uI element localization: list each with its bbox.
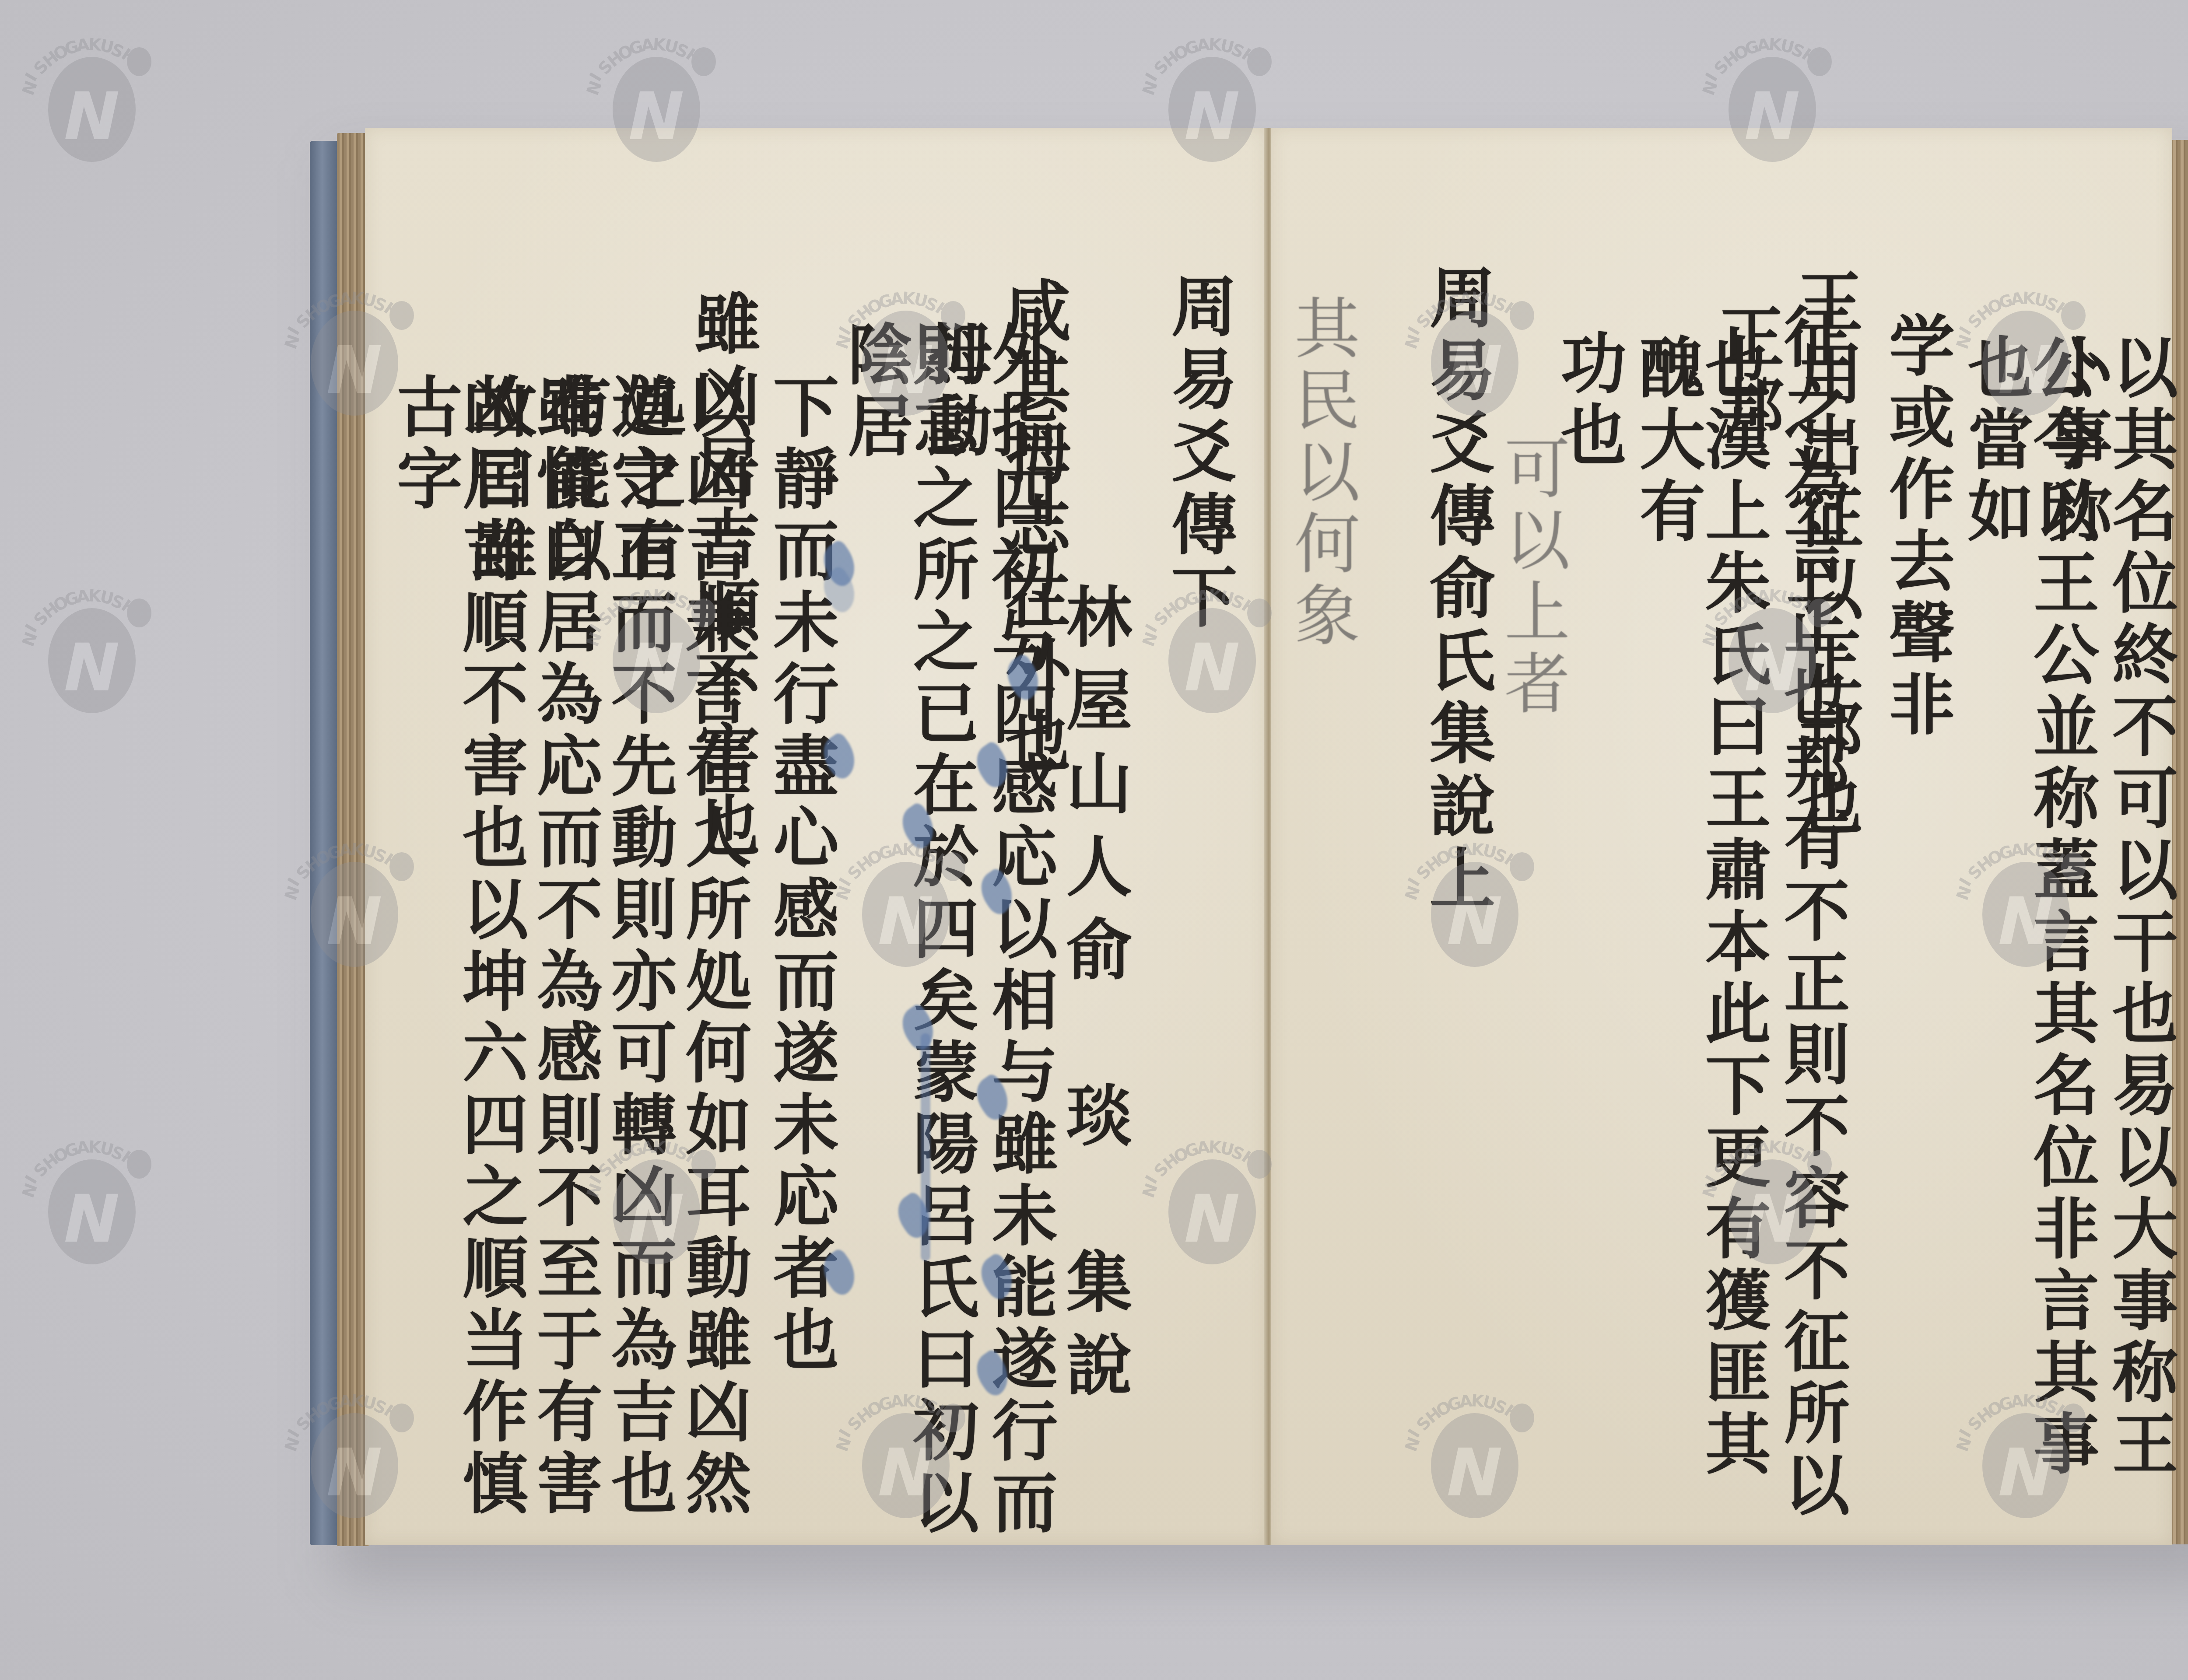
bleedthrough-text: 可以上者: [1498, 434, 1564, 721]
text-column: 則志之所之已在於四矣蒙陽呂氏曰初以陰居: [842, 320, 973, 1545]
open-book: 周易爻傳下 林屋山人俞 琰 集說 咸其拇志在外也 外指四初与四感応以相与雖未能遂…: [310, 128, 2188, 1545]
bleedthrough-text: 其民以何象: [1288, 294, 1354, 653]
left-title: 周易爻傳下: [1166, 272, 1231, 635]
text-column: 学或作去聲非: [1883, 311, 1949, 742]
text-column: 凶居吉順不害也以坤六四之順当作慎古字: [391, 373, 522, 1545]
right-title: 周易爻傳俞氏集說上: [1424, 263, 1490, 917]
book-cover-spine: [310, 141, 340, 1545]
right-page: 其民以何象 可以上者 以其名位終不可以干也易以大事称王小事称 公今以王公並称蓋言…: [1271, 128, 2172, 1545]
text-column: 功也: [1555, 329, 1621, 472]
left-page: 周易爻傳下 林屋山人俞 琰 集說 咸其拇志在外也 外指四初与四感応以相与雖未能遂…: [365, 128, 1266, 1545]
text-column: 也漢上朱氏曰王肅本此下更有獲匪其醜大有: [1634, 333, 1765, 1545]
left-page-edges: [337, 133, 369, 1546]
text-column: 公今以王公並称蓋言其名位非言其事也當如: [1962, 333, 2093, 1545]
text-column: 下靜而未行盡心感而遂未応者也: [768, 373, 833, 1377]
blue-annotation-line: [921, 1033, 930, 1261]
